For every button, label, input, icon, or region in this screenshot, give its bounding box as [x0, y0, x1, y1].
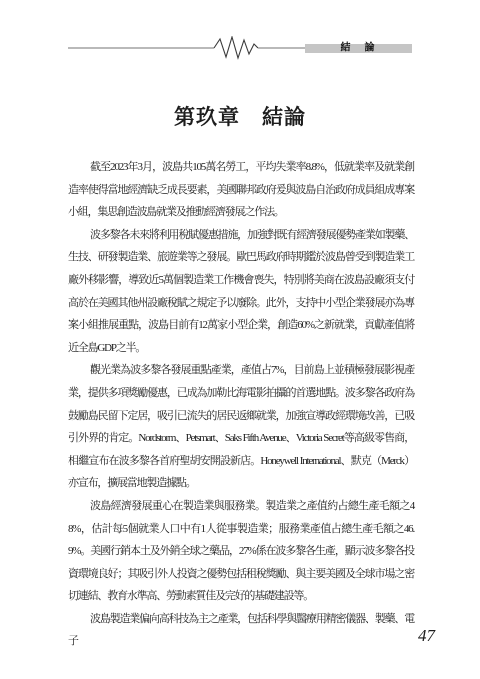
- document-page: 結 論 第玖章 結論 截至2023年3月，波島共105萬名勞工，平均失業率8.8…: [0, 0, 480, 679]
- chapter-header: 結 論: [68, 36, 412, 60]
- paragraph: 截至2023年3月，波島共105萬名勞工，平均失業率8.8%，低就業率及就業創造…: [68, 156, 414, 224]
- page-number: 47: [418, 626, 435, 646]
- chapter-title: 第玖章 結論: [0, 101, 480, 131]
- pulse-line-icon: [68, 36, 305, 60]
- paragraph: 波島製造業偏向高科技為主之產業，包括科學與醫療用精密儀器、製藥、電子: [68, 608, 414, 653]
- section-label-bar: 結 論: [305, 44, 412, 53]
- body-text: 截至2023年3月，波島共105萬名勞工，平均失業率8.8%，低就業率及就業創造…: [68, 156, 414, 653]
- paragraph: 波島經濟發展重心在製造業與服務業。製造業之產值約占總生產毛額之48%，估計每5個…: [68, 495, 414, 608]
- section-label: 結 論: [341, 43, 377, 52]
- paragraph: 觀光業為波多黎各發展重點產業，產值占7%，目前島上並積極發展影視產業，提供多項獎…: [68, 359, 414, 495]
- paragraph: 波多黎各未來將利用稅賦優惠措施，加強對既有經濟發展優勢產業如製藥、生技、研發製造…: [68, 224, 414, 360]
